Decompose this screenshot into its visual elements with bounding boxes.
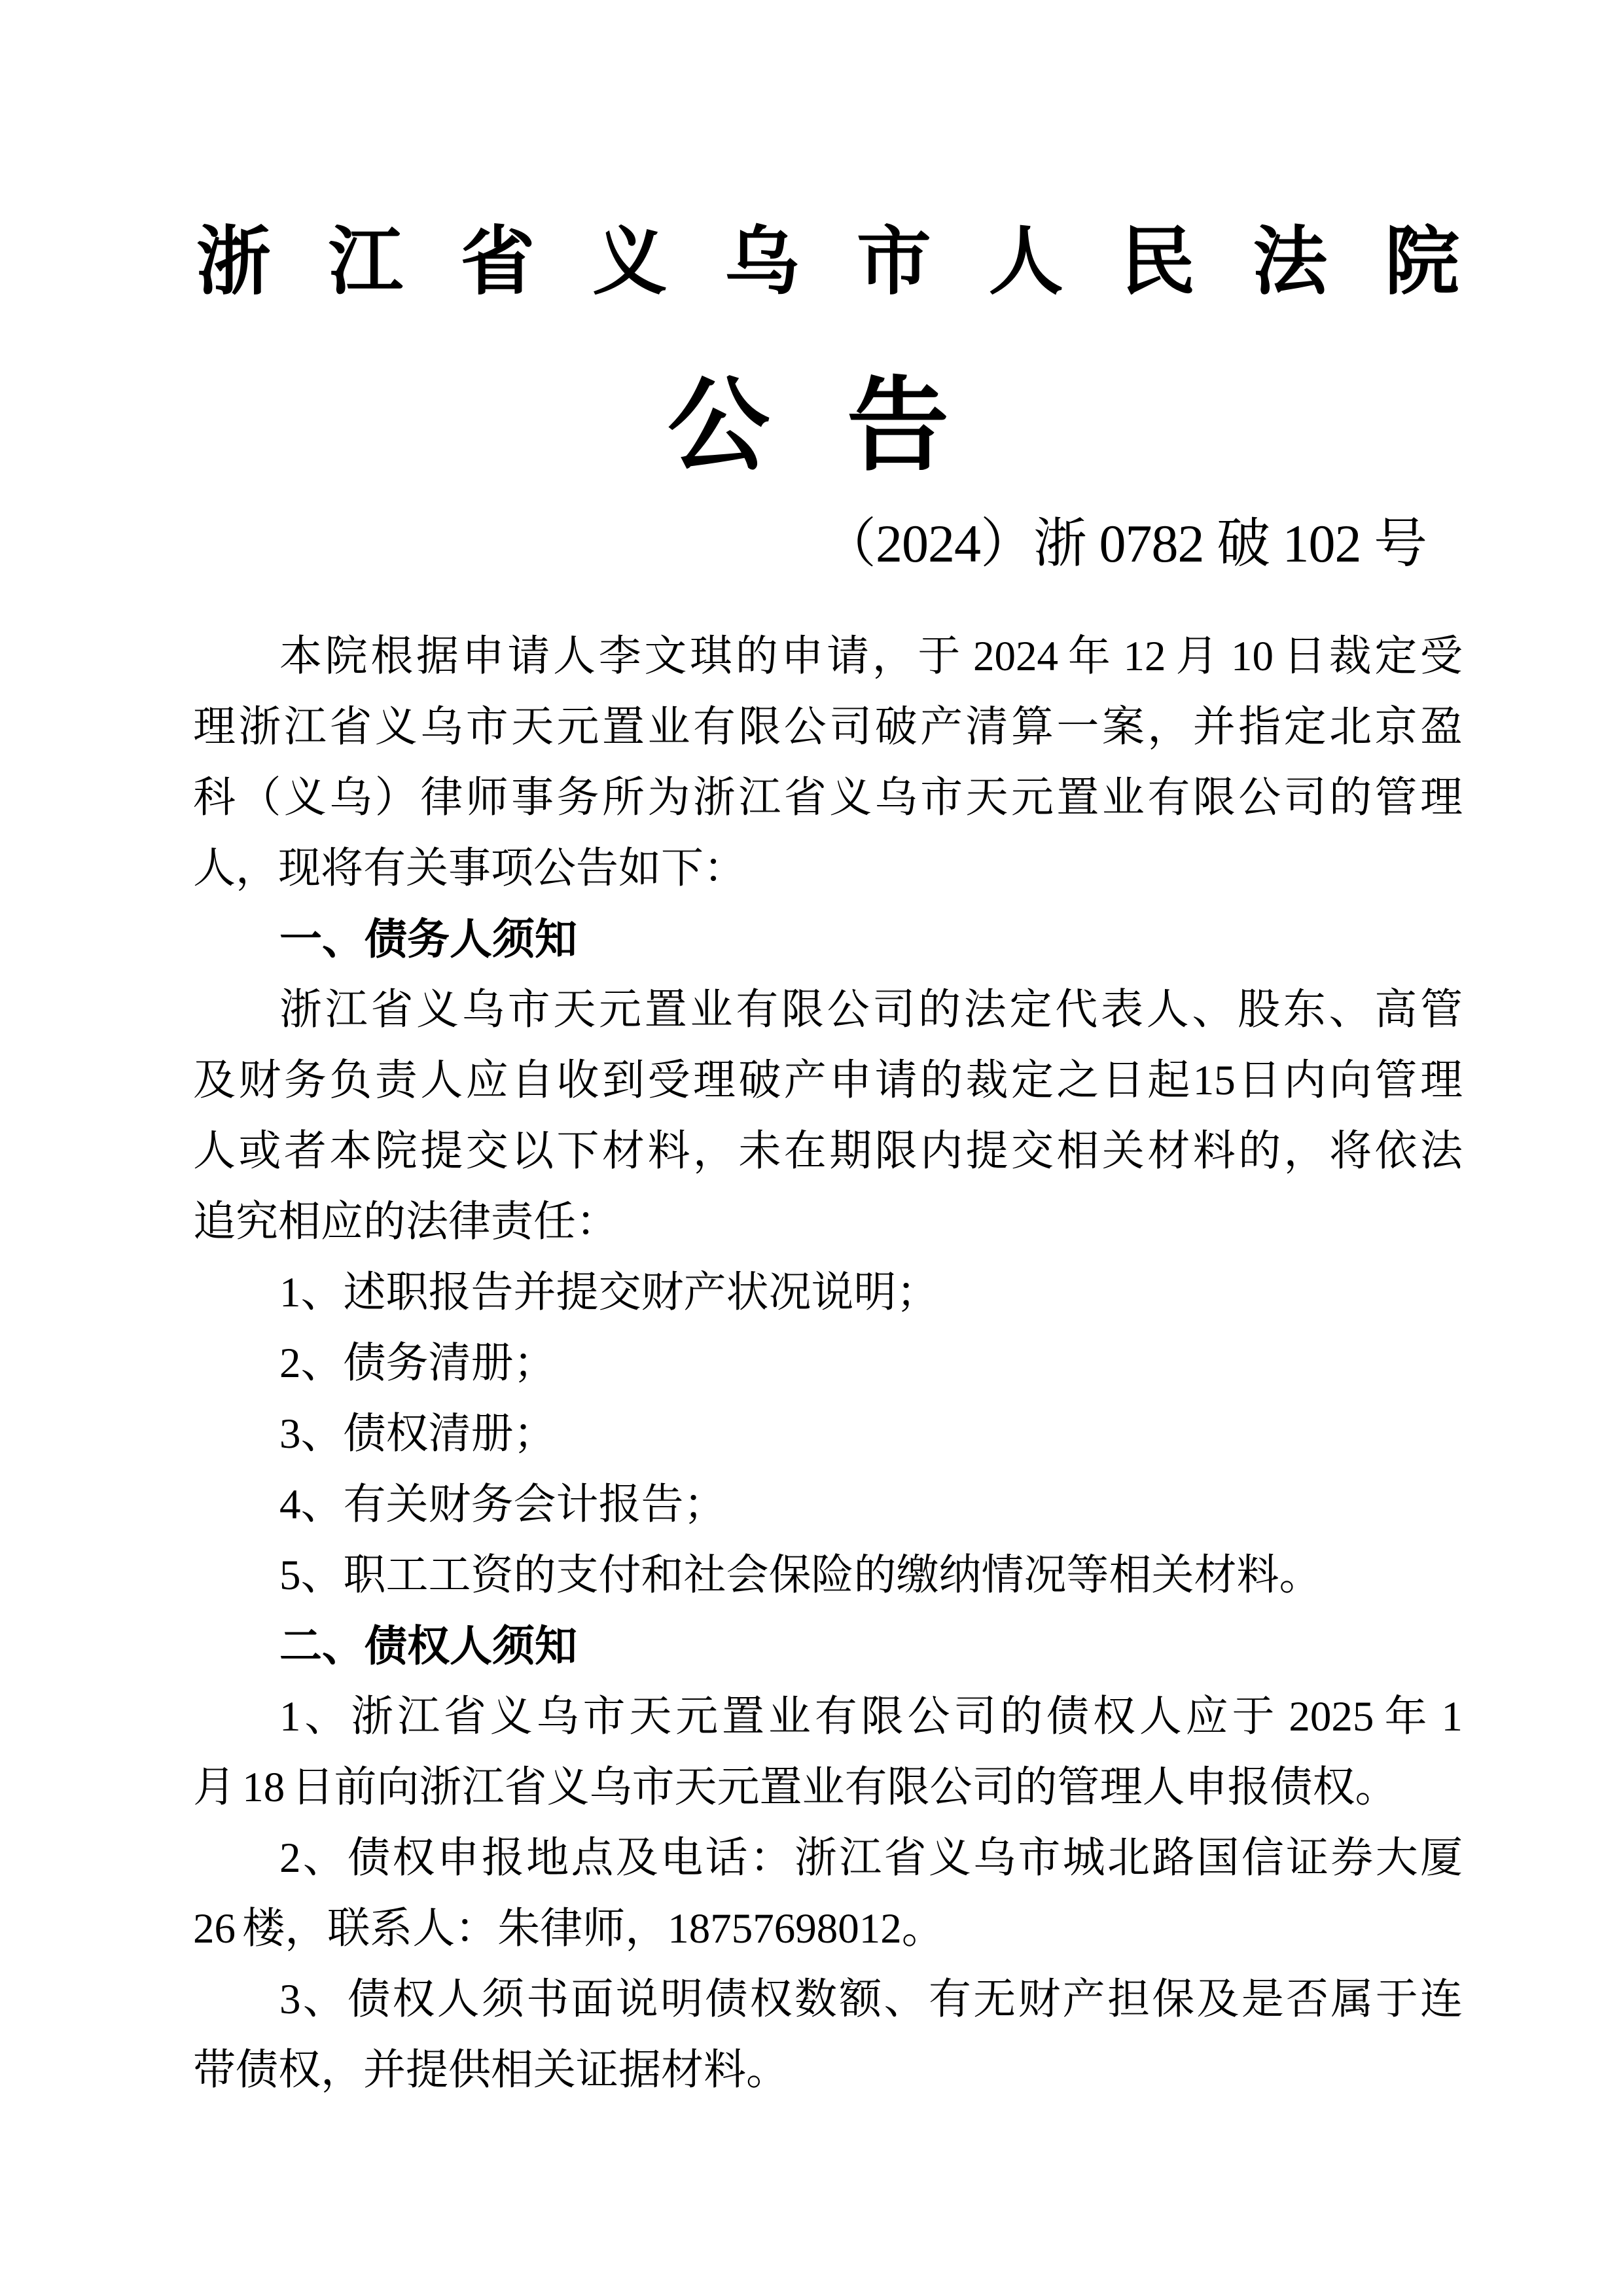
para1-line3: 科（义乌）律师事务所为浙江省义乌市天元置业有限公司的管理 [193, 762, 1463, 833]
para2-line2: 及财务负责人应自收到受理破产申请的裁定之日起15日内向管理 [193, 1045, 1463, 1116]
debtor-item-1: 1、述职报告并提交财产状况说明； [193, 1257, 1463, 1328]
notice-body: 本院根据申请人李文琪的申请，于 2024 年 12 月 10 日裁定受 理浙江省… [193, 621, 1463, 2106]
court-notice-page: 浙江省义乌市人民法院 公告 （2024）浙 0782 破 102 号 本院根据申… [0, 0, 1623, 2296]
debtor-item-3: 3、债权清册； [193, 1399, 1463, 1469]
para5-line2: 带债权，并提供相关证据材料。 [193, 2035, 1463, 2106]
para2-line3: 人或者本院提交以下材料，未在期限内提交相关材料的，将依法 [193, 1116, 1463, 1187]
para2-line4: 追究相应的法律责任： [193, 1187, 1463, 1257]
para1-line1: 本院根据申请人李文琪的申请，于 2024 年 12 月 10 日裁定受 [193, 621, 1463, 692]
debtor-item-4: 4、有关财务会计报告； [193, 1469, 1463, 1540]
section1-heading: 一、债务人须知 [193, 904, 1463, 975]
para1-line4: 人，现将有关事项公告如下： [193, 833, 1463, 904]
para5-line1: 3、债权人须书面说明债权数额、有无财产担保及是否属于连 [193, 1964, 1463, 2035]
para2-line1: 浙江省义乌市天元置业有限公司的法定代表人、股东、高管 [193, 975, 1463, 1045]
para4-line1: 2、债权申报地点及电话：浙江省义乌市城北路国信证券大厦 [193, 1823, 1463, 1893]
debtor-item-5: 5、职工工资的支付和社会保险的缴纳情况等相关材料。 [193, 1540, 1463, 1611]
case-number: （2024）浙 0782 破 102 号 [823, 512, 1427, 576]
debtor-item-2: 2、债务清册； [193, 1328, 1463, 1399]
para3-line2: 月 18 日前向浙江省义乌市天元置业有限公司的管理人申报债权。 [193, 1752, 1463, 1823]
court-name-title: 浙江省义乌市人民法院 [196, 221, 1459, 303]
notice-title: 公告 [668, 370, 949, 483]
para4-line2: 26 楼，联系人：朱律师，18757698012。 [193, 1893, 1463, 1964]
para1-line2: 理浙江省义乌市天元置业有限公司破产清算一案，并指定北京盈 [193, 692, 1463, 762]
para3-line1: 1、浙江省义乌市天元置业有限公司的债权人应于 2025 年 1 [193, 1681, 1463, 1752]
section2-heading: 二、债权人须知 [193, 1611, 1463, 1681]
